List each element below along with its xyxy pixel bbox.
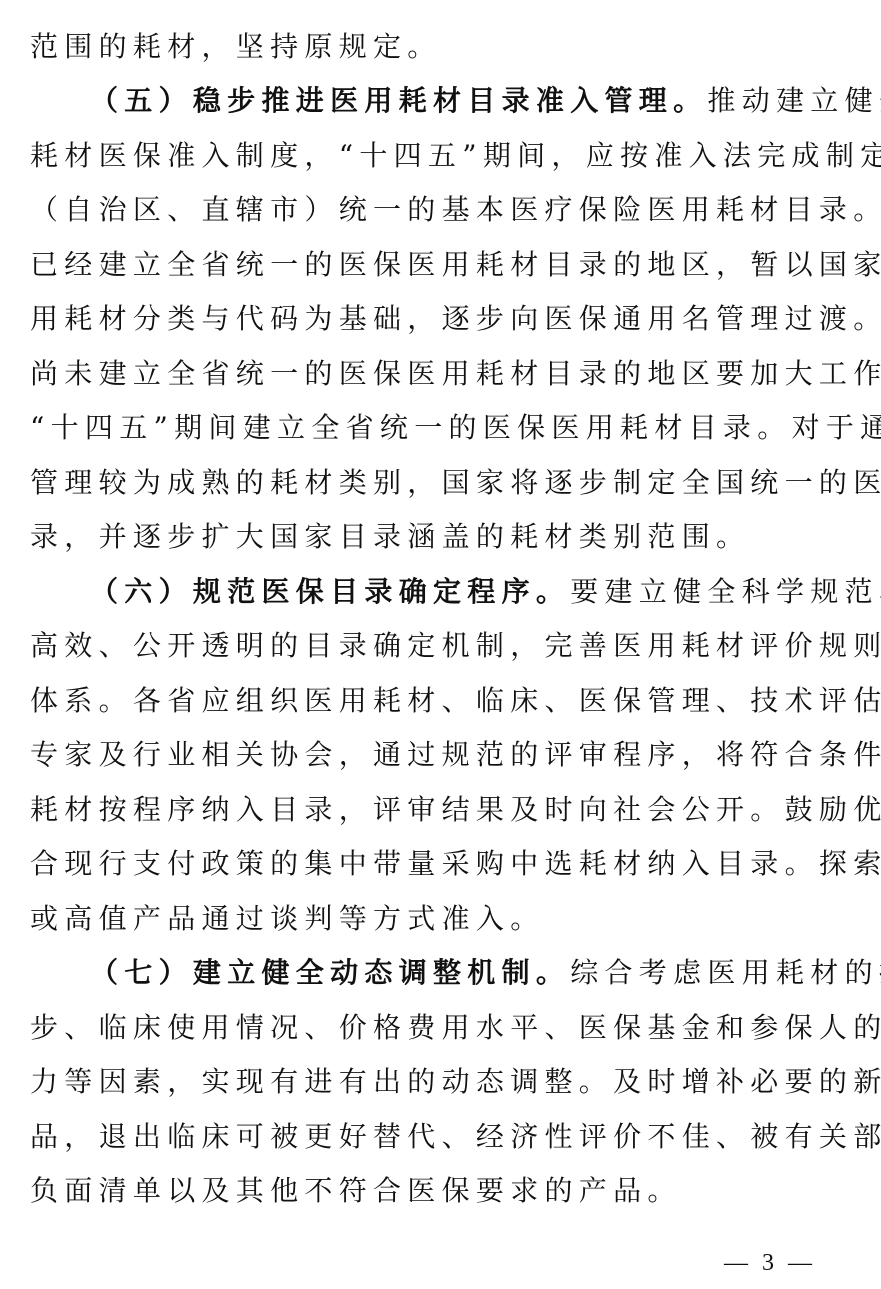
text-line: 耗材医保准入制度，“十四五”期间，应按准入法完成制定全省 bbox=[30, 136, 852, 176]
text-line: 或高值产品通过谈判等方式准入。 bbox=[30, 899, 852, 939]
line-text: 用耗材分类与代码为基础，逐步向医保通用名管理过渡。现阶段 bbox=[30, 302, 881, 335]
text-line: 范围的耗材，坚持原规定。 bbox=[30, 27, 852, 67]
line-text: 综合考虑医用耗材的技术进 bbox=[570, 956, 881, 989]
section-seven-heading-line: （七）建立健全动态调整机制。综合考虑医用耗材的技术进 bbox=[90, 953, 852, 993]
text-line: 用耗材分类与代码为基础，逐步向医保通用名管理过渡。现阶段 bbox=[30, 299, 852, 339]
line-text: 负面清单以及其他不符合医保要求的产品。 bbox=[30, 1174, 682, 1207]
line-text: 管理较为成熟的耗材类别，国家将逐步制定全国统一的医保目 bbox=[30, 466, 881, 499]
line-text: 高效、公开透明的目录确定机制，完善医用耗材评价规则和指标 bbox=[30, 629, 881, 662]
section-heading: （五）稳步推进医用耗材目录准入管理。 bbox=[90, 84, 707, 117]
text-line: （自治区、直辖市）统一的基本医疗保险医用耗材目录。现阶段 bbox=[30, 190, 852, 230]
line-text: 尚未建立全省统一的医保医用耗材目录的地区要加大工作力度， bbox=[30, 357, 881, 390]
text-line: 负面清单以及其他不符合医保要求的产品。 bbox=[30, 1171, 852, 1211]
section-heading: （七）建立健全动态调整机制。 bbox=[90, 956, 570, 989]
line-text: 步、临床使用情况、价格费用水平、医保基金和参保人的承受能 bbox=[30, 1011, 881, 1044]
text-line: 体系。各省应组织医用耗材、临床、医保管理、技术评估等方面 bbox=[30, 681, 852, 721]
line-text: 推动建立健全医用 bbox=[707, 84, 881, 117]
line-text: （自治区、直辖市）统一的基本医疗保险医用耗材目录。现阶段 bbox=[30, 193, 881, 226]
line-text: 范围的耗材，坚持原规定。 bbox=[30, 30, 442, 63]
text-line: 高效、公开透明的目录确定机制，完善医用耗材评价规则和指标 bbox=[30, 626, 852, 666]
section-heading: （六）规范医保目录确定程序。 bbox=[90, 575, 570, 608]
line-text: 已经建立全省统一的医保医用耗材目录的地区，暂以国家医保医 bbox=[30, 248, 881, 281]
line-text: 或高值产品通过谈判等方式准入。 bbox=[30, 902, 545, 935]
line-text: 体系。各省应组织医用耗材、临床、医保管理、技术评估等方面 bbox=[30, 684, 881, 717]
page-number: — 3 — bbox=[715, 1247, 825, 1279]
text-line: 耗材按程序纳入目录，评审结果及时向社会公开。鼓励优先将符 bbox=[30, 790, 852, 830]
text-line: 录，并逐步扩大国家目录涵盖的耗材类别范围。 bbox=[30, 517, 852, 557]
line-text: 力等因素，实现有进有出的动态调整。及时增补必要的新技术产 bbox=[30, 1065, 881, 1098]
line-text: 合现行支付政策的集中带量采购中选耗材纳入目录。探索对独家 bbox=[30, 847, 881, 880]
text-line: 已经建立全省统一的医保医用耗材目录的地区，暂以国家医保医 bbox=[30, 245, 852, 285]
text-line: 品，退出临床可被更好替代、经济性评价不佳、被有关部门列入 bbox=[30, 1117, 852, 1157]
line-text: 专家及行业相关协会，通过规范的评审程序，将符合条件的医用 bbox=[30, 738, 881, 771]
line-text: 耗材按程序纳入目录，评审结果及时向社会公开。鼓励优先将符 bbox=[30, 793, 881, 826]
line-text: 耗材医保准入制度，“十四五”期间，应按准入法完成制定全省 bbox=[30, 139, 881, 172]
text-line: “十四五”期间建立全省统一的医保医用耗材目录。对于通用名 bbox=[30, 408, 852, 448]
text-line: 专家及行业相关协会，通过规范的评审程序，将符合条件的医用 bbox=[30, 735, 852, 775]
line-text: 要建立健全科学规范、明晰 bbox=[570, 575, 881, 608]
section-six-heading-line: （六）规范医保目录确定程序。要建立健全科学规范、明晰 bbox=[90, 572, 852, 612]
text-line: 步、临床使用情况、价格费用水平、医保基金和参保人的承受能 bbox=[30, 1008, 852, 1048]
line-text: 品，退出临床可被更好替代、经济性评价不佳、被有关部门列入 bbox=[30, 1120, 881, 1153]
section-five-heading-line: （五）稳步推进医用耗材目录准入管理。推动建立健全医用 bbox=[90, 81, 852, 121]
text-line: 管理较为成熟的耗材类别，国家将逐步制定全国统一的医保目 bbox=[30, 463, 852, 503]
text-line: 尚未建立全省统一的医保医用耗材目录的地区要加大工作力度， bbox=[30, 354, 852, 394]
line-text: “十四五”期间建立全省统一的医保医用耗材目录。对于通用名 bbox=[30, 411, 881, 444]
line-text: 录，并逐步扩大国家目录涵盖的耗材类别范围。 bbox=[30, 520, 750, 553]
text-line: 力等因素，实现有进有出的动态调整。及时增补必要的新技术产 bbox=[30, 1062, 852, 1102]
text-line: 合现行支付政策的集中带量采购中选耗材纳入目录。探索对独家 bbox=[30, 844, 852, 884]
document-page: 范围的耗材，坚持原规定。 （五）稳步推进医用耗材目录准入管理。推动建立健全医用 … bbox=[0, 0, 881, 1289]
